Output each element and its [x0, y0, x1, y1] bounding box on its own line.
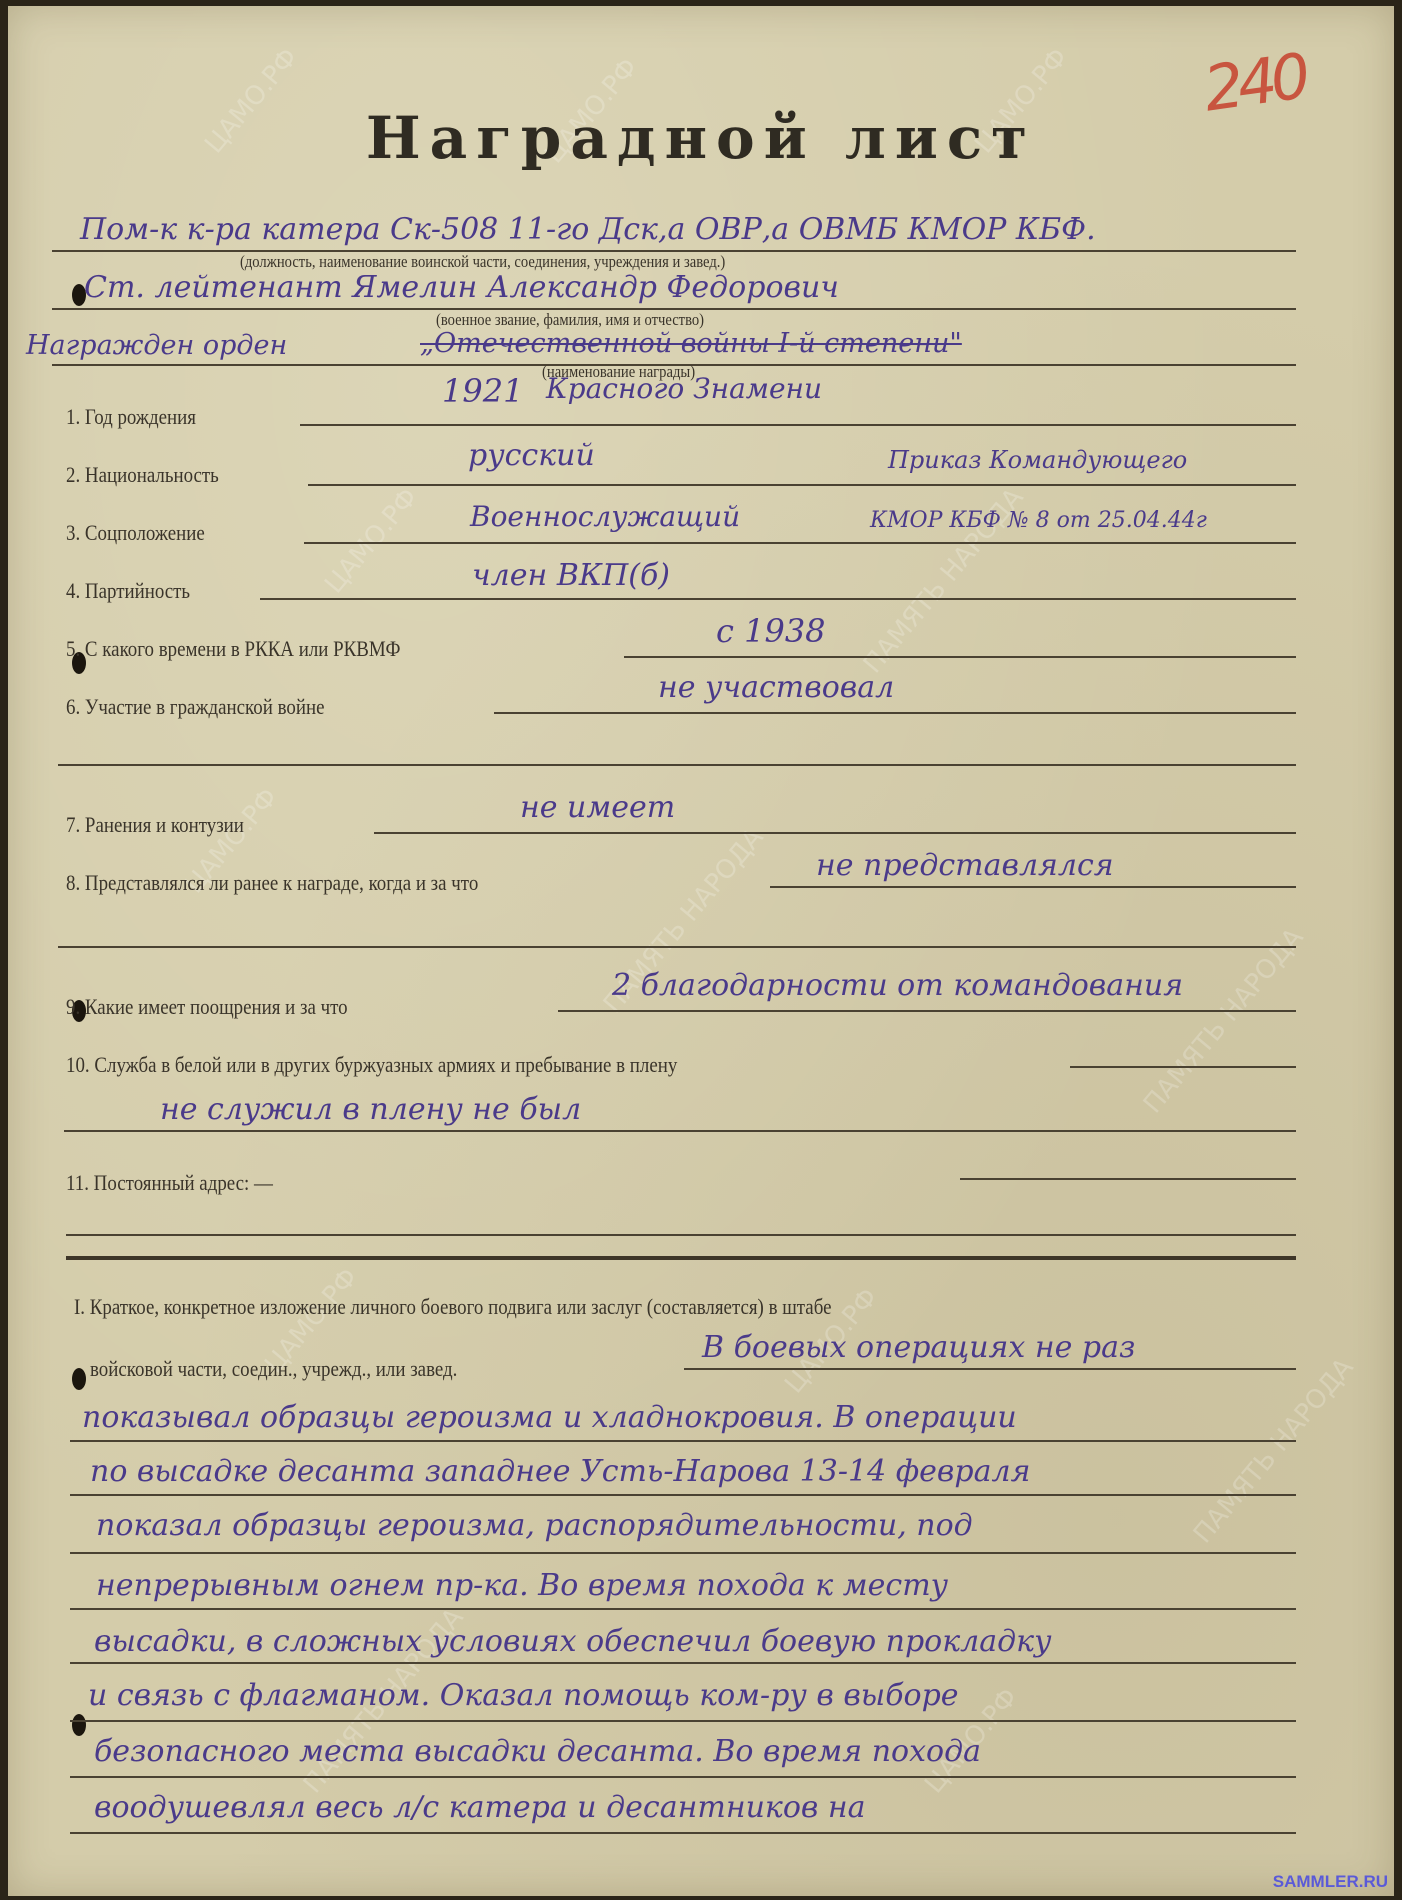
field-label-previous-awards: 8. Представлялся ли ранее к награде, ког… — [66, 870, 478, 896]
rule — [64, 1130, 1296, 1132]
narrative-line: безопасного места высадки десанта. Во вр… — [94, 1734, 981, 1769]
rule — [70, 1440, 1296, 1442]
field-value-party: член ВКП(б) — [472, 558, 670, 593]
narrative-line: воодушевлял весь л/с катера и десантнико… — [94, 1790, 866, 1825]
narrative-line: непрерывным огнем пр-ка. Во время похода… — [96, 1568, 948, 1603]
field-value-nationality: русский — [468, 438, 595, 473]
watermark: ПАМЯТЬ НАРОДА — [1188, 1353, 1360, 1550]
watermark: ЦАМО.РФ — [319, 483, 424, 600]
rule — [558, 1010, 1296, 1012]
rule — [70, 1494, 1296, 1496]
narrative-line: высадки, в сложных условиях обеспечил бо… — [94, 1624, 1051, 1659]
field-label-social-status: 3. Соцположение — [66, 520, 205, 546]
field-value-wounds: не имеет — [520, 790, 675, 825]
name-value: Ст. лейтенант Ямелин Александр Федорович — [84, 270, 839, 305]
order-note-line2: КМОР КБФ № 8 от 25.04.44г — [870, 508, 1207, 533]
award-sheet-page: ЦАМО.РФ ЦАМО.РФ ЦАМО.РФ ЦАМО.РФ ПАМЯТЬ Н… — [8, 6, 1394, 1896]
narrative-line: по высадке десанта западнее Усть-Нарова … — [90, 1454, 1030, 1489]
narrative-line: В боевых операциях не раз — [702, 1330, 1135, 1365]
award-correction: Красного Знамени — [546, 372, 822, 405]
field-label-address: 11. Постоянный адрес: — — [66, 1170, 273, 1196]
rule — [70, 1776, 1296, 1778]
field-label-wounds: 7. Ранения и контузии — [66, 812, 244, 838]
name-caption: (военное звание, фамилия, имя и отчество… — [436, 310, 704, 330]
field-value-service-since: с 1938 — [716, 612, 826, 650]
rule — [300, 424, 1296, 426]
award-prefix: Награжден орден — [26, 330, 287, 361]
field-label-birth-year: 1. Год рождения — [66, 404, 196, 430]
field-label-white-army: 10. Служба в белой или в других буржуазн… — [66, 1052, 677, 1078]
field-label-civil-war: 6. Участие в гражданской войне — [66, 694, 325, 720]
rule — [70, 1832, 1296, 1834]
order-note-line1: Приказ Командующего — [888, 446, 1187, 474]
field-label-commendations: 9. Какие имеет поощрения и за что — [66, 994, 348, 1020]
field-label-party: 4. Партийность — [66, 578, 190, 604]
section-one-heading: I. Краткое, конкретное изложение личного… — [74, 1294, 831, 1320]
rule — [66, 1234, 1296, 1236]
source-watermark: SAMMLER.RU — [1273, 1872, 1388, 1892]
rule — [374, 832, 1296, 834]
field-value-social-status: Военнослужащий — [470, 500, 740, 533]
field-label-nationality: 2. Национальность — [66, 462, 219, 488]
rule — [624, 656, 1296, 658]
rule — [308, 484, 1296, 486]
rule — [70, 1608, 1296, 1610]
narrative-line: и связь с флагманом. Оказал помощь ком-р… — [88, 1678, 959, 1713]
rule — [70, 1720, 1296, 1722]
document-title: Наградной лист — [0, 104, 1402, 172]
rule — [770, 886, 1296, 888]
rule — [58, 946, 1296, 948]
rule — [70, 1662, 1296, 1664]
field-value-birth-year: 1921 — [442, 372, 523, 410]
narrative-line: показал образцы героизма, распорядительн… — [96, 1508, 973, 1543]
watermark: ПАМЯТЬ НАРОДА — [1138, 923, 1310, 1120]
field-value-white-army: не служил в плену не был — [160, 1092, 581, 1127]
award-struck-value: „Отечественной войны I-й степени" — [420, 328, 962, 359]
field-value-civil-war: не участвовал — [658, 670, 894, 705]
field-value-previous-awards: не представлялся — [816, 848, 1114, 883]
rule — [70, 1552, 1296, 1554]
punch-hole — [72, 1368, 86, 1390]
section-divider — [66, 1256, 1296, 1260]
rule — [494, 712, 1296, 714]
position-value: Пом-к к-ра катера Ск-508 11-го Дск,а ОВР… — [80, 212, 1096, 247]
field-label-service-since: 5. С какого времени в РККА или РКВМФ — [66, 636, 400, 662]
rule — [304, 542, 1296, 544]
narrative-line: показывал образцы героизма и хладнокрови… — [82, 1400, 1017, 1435]
rule — [684, 1368, 1296, 1370]
rule — [260, 598, 1296, 600]
section-one-heading-cont: войсковой части, соедин., учрежд., или з… — [90, 1356, 457, 1382]
punch-hole — [72, 1714, 86, 1736]
rule — [58, 764, 1296, 766]
position-caption: (должность, наименование воинской части,… — [240, 252, 725, 272]
archive-number: 240 — [1199, 39, 1309, 125]
rule — [1070, 1066, 1296, 1068]
field-value-commendations: 2 благодарности от командования — [612, 968, 1183, 1003]
rule — [960, 1178, 1296, 1180]
